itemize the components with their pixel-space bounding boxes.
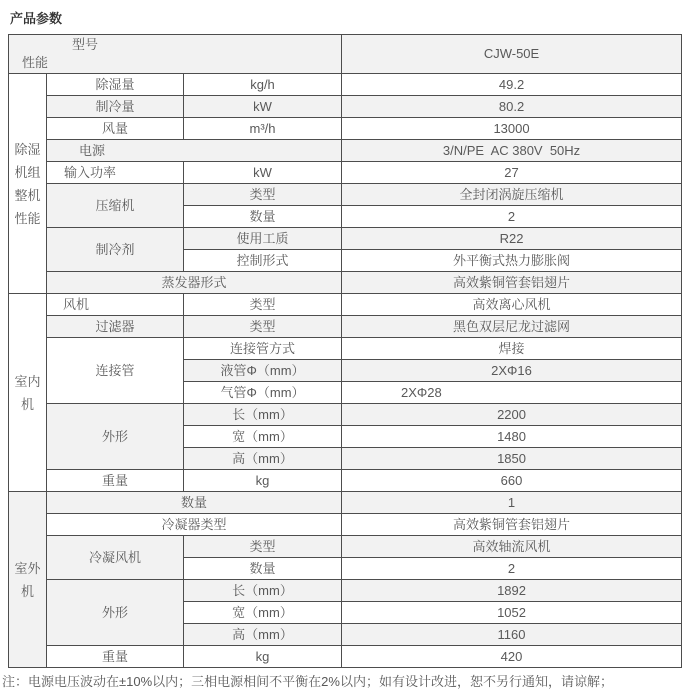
value-cell: 2XΦ28	[342, 382, 682, 404]
value-cell: 高效紫铜管套铝翅片	[342, 514, 682, 536]
value-cell: 1	[342, 492, 682, 514]
footer-note: 注：电源电压波动在±10%以内；三相电源相间不平衡在2%以内；如有设计改进，恕不…	[2, 671, 689, 690]
spec-table-body: 型号性能CJW-50E除湿机组整机性能除湿量kg/h49.2制冷量kW80.2风…	[9, 35, 682, 668]
header-label-cell: 型号性能	[9, 35, 342, 74]
label-cell: 除湿量	[47, 74, 184, 96]
value-cell: CJW-50E	[342, 35, 682, 74]
value-cell: 高效紫铜管套铝翅片	[342, 272, 682, 294]
value-cell: 2XΦ16	[342, 360, 682, 382]
label-cell: 电源	[47, 140, 342, 162]
sub-cell: 宽（mm）	[184, 426, 342, 448]
value-cell: 80.2	[342, 96, 682, 118]
group-cell: 室内机	[9, 294, 47, 492]
value-cell: 高效轴流风机	[342, 536, 682, 558]
sub-cell: 类型	[184, 294, 342, 316]
sub-cell: 宽（mm）	[184, 602, 342, 624]
sub-cell: kW	[184, 162, 342, 184]
value-cell: 3/N/PE AC 380V 50Hz	[342, 140, 682, 162]
label-cell: 压缩机	[47, 184, 184, 228]
label-cell: 外形	[47, 404, 184, 470]
value-cell: 全封闭涡旋压缩机	[342, 184, 682, 206]
value-cell: 1160	[342, 624, 682, 646]
label-cell: 冷凝器类型	[47, 514, 342, 536]
label-cell: 数量	[47, 492, 342, 514]
label-cell: 外形	[47, 580, 184, 646]
sub-cell: kg	[184, 470, 342, 492]
value-cell: 1892	[342, 580, 682, 602]
label-cell: 蒸发器形式	[47, 272, 342, 294]
sub-cell: kg	[184, 646, 342, 668]
value-cell: 焊接	[342, 338, 682, 360]
label-cell: 过滤器	[47, 316, 184, 338]
value-cell: 660	[342, 470, 682, 492]
label-cell: 重量	[47, 646, 184, 668]
sub-cell: 长（mm）	[184, 404, 342, 426]
value-cell: 49.2	[342, 74, 682, 96]
label-cell: 输入功率	[47, 162, 184, 184]
value-cell: 黑色双层尼龙过滤网	[342, 316, 682, 338]
sub-cell: 数量	[184, 558, 342, 580]
sub-cell: 数量	[184, 206, 342, 228]
value-cell: 2	[342, 206, 682, 228]
value-cell: 2	[342, 558, 682, 580]
sub-cell: 气管Φ（mm）	[184, 382, 342, 404]
value-cell: 13000	[342, 118, 682, 140]
label-cell: 冷凝风机	[47, 536, 184, 580]
sub-cell: 高（mm）	[184, 448, 342, 470]
value-cell: 2200	[342, 404, 682, 426]
value-cell: 420	[342, 646, 682, 668]
spec-table: 型号性能CJW-50E除湿机组整机性能除湿量kg/h49.2制冷量kW80.2风…	[8, 34, 682, 668]
sub-cell: 类型	[184, 316, 342, 338]
sub-cell: 类型	[184, 536, 342, 558]
value-cell: R22	[342, 228, 682, 250]
label-cell: 连接管	[47, 338, 184, 404]
sub-cell: 液管Φ（mm）	[184, 360, 342, 382]
value-cell: 1052	[342, 602, 682, 624]
label-cell: 制冷剂	[47, 228, 184, 272]
sub-cell: 使用工质	[184, 228, 342, 250]
value-cell: 27	[342, 162, 682, 184]
value-cell: 高效离心风机	[342, 294, 682, 316]
group-cell: 室外机	[9, 492, 47, 668]
value-cell: 外平衡式热力膨胀阀	[342, 250, 682, 272]
label-cell: 风量	[47, 118, 184, 140]
sub-cell: kg/h	[184, 74, 342, 96]
sub-cell: m³/h	[184, 118, 342, 140]
value-cell: 1480	[342, 426, 682, 448]
sub-cell: 高（mm）	[184, 624, 342, 646]
sub-cell: 控制形式	[184, 250, 342, 272]
label-cell: 风机	[47, 294, 184, 316]
sub-cell: kW	[184, 96, 342, 118]
label-cell: 重量	[47, 470, 184, 492]
label-cell: 制冷量	[47, 96, 184, 118]
page-title: 产品参数	[0, 0, 689, 34]
sub-cell: 连接管方式	[184, 338, 342, 360]
sub-cell: 类型	[184, 184, 342, 206]
value-cell: 1850	[342, 448, 682, 470]
group-cell: 除湿机组整机性能	[9, 74, 47, 294]
sub-cell: 长（mm）	[184, 580, 342, 602]
